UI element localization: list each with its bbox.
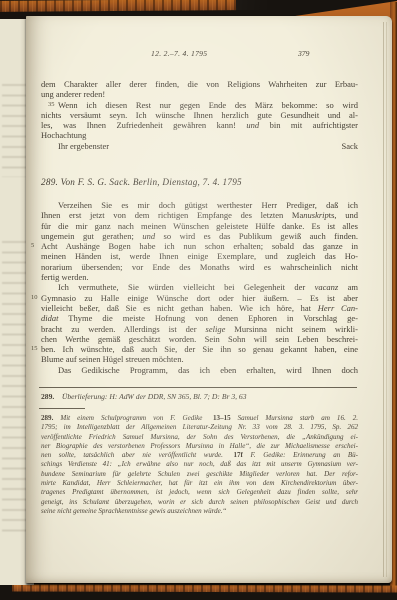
- notes-divider-rule: [39, 408, 85, 409]
- text-segment: schings Verdienste 41: „Ich erwähne also…: [41, 460, 358, 468]
- text-segment: [231, 414, 238, 422]
- text-segment: Mursinna nicht seinem wirkli-: [225, 324, 358, 334]
- text-line: bundene Seminarium für gelehrte Schulen …: [41, 470, 358, 479]
- signature-name: Sack: [341, 141, 358, 151]
- text-line: 1795; im Intelligenzblatt der Allgemeine…: [41, 423, 358, 432]
- letter-288-closing-text: dem Charakter aller derer finden, die vo…: [41, 79, 358, 151]
- text-segment: für die mir ganz nach meinen Wünschen ge…: [41, 221, 358, 231]
- text-line: mirte Kandidat, Herr Schleiermacher, hat…: [41, 479, 358, 488]
- ghost-text-column: [2, 77, 28, 177]
- text-segment: seine nicht gemeine Sprachkenntnisse gew…: [41, 507, 226, 515]
- margin-line-number: 35: [31, 101, 55, 109]
- text-segment: Verzeihen Sie es mir doch gütigst werthe…: [58, 200, 358, 210]
- running-head-page-number: 379: [298, 49, 309, 58]
- text-segment: Gymnasio zu Halle einige Wünsche dort od…: [41, 293, 358, 303]
- text-segment: ung anderer reden!: [41, 89, 105, 99]
- text-segment: 13–15: [213, 414, 231, 422]
- text-segment: mirte Kandidat, Herr Schleiermacher, hat…: [41, 479, 358, 487]
- text-segment: [54, 392, 62, 401]
- text-segment: F. Gedike: Erinnerung an Bü-: [250, 451, 358, 459]
- text-segment: ts, und: [329, 210, 358, 220]
- text-segment: so wird es das Publikum gewiß auch finde…: [155, 231, 358, 241]
- text-segment: bracht zu werden. Allerdings ist der: [41, 324, 206, 334]
- text-segment: norarium übersenden; vor Ende des Monath…: [41, 262, 358, 272]
- text-line: 289. Mit einem Schulprogramm von F. Gedi…: [41, 414, 358, 423]
- running-head-date: 12. 2.–7. 4. 1795: [151, 49, 207, 58]
- text-line: norarium übersenden; vor Ende des Monath…: [41, 262, 358, 272]
- text-segment: nen sollte, tatsächlich aber nie veröffe…: [41, 451, 223, 459]
- text-segment: vielleicht beßer, daß Sie es nicht getha…: [41, 303, 318, 313]
- text-segment: Hochachtung: [41, 130, 86, 140]
- text-line: 15ben. Ich wünschte, daß auch Sie, der S…: [41, 344, 358, 354]
- text-line: Ich vermuthete, Sie würden vielleicht be…: [41, 282, 358, 292]
- text-line: Blume auf seinen Hügel streuen möchten.: [41, 354, 358, 364]
- text-segment: Mit einem Schulprogramm von F. Gedike: [60, 414, 202, 422]
- text-segment: [223, 451, 234, 459]
- text-segment: nichts versäumt seyn. Ich wünsche Ihnen …: [41, 110, 358, 120]
- text-segment: Wenn ich diesen Rest nur gegen Ende des …: [58, 100, 358, 110]
- text-segment: ben. Ich wünschte, daß auch Sie, der Sie…: [41, 344, 358, 354]
- text-line: ner Biographie des verstorbenen Professo…: [41, 442, 358, 451]
- book-cover-bottom-edge: [12, 584, 397, 592]
- margin-line-number: 10: [31, 294, 38, 302]
- book-page: 12. 2.–7. 4. 1795 379 dem Charakter alle…: [26, 16, 392, 583]
- text-segment: 289.: [41, 414, 53, 422]
- text-segment: veröffentlichte Friedrich Samuel Mursinn…: [41, 433, 358, 441]
- text-segment: didat: [41, 313, 58, 323]
- text-segment: selige: [206, 324, 226, 334]
- text-segment: meinen Händen ist, werde Ihnen einige Ex…: [41, 251, 358, 261]
- text-segment: geneigt, ins Schulamt überzugehen, worin…: [41, 498, 358, 506]
- apparatus-divider-rule: [39, 387, 357, 388]
- text-line: chen Werthe gemäß geschätzt worden. Sein…: [41, 334, 358, 344]
- text-line: fertig werden.: [41, 272, 358, 282]
- margin-line-number: 5: [31, 242, 34, 250]
- text-line: 35Wenn ich diesen Rest nur gegen Ende de…: [41, 100, 358, 110]
- text-segment: 17f: [233, 451, 242, 459]
- text-line: seine nicht gemeine Sprachkenntnisse gew…: [41, 507, 358, 516]
- text-segment: Ihnen erst jetzt von dem richtigen Empfa…: [41, 210, 303, 220]
- text-segment: 1795; im Intelligenzblatt der Allgemeine…: [41, 423, 358, 431]
- letter-289-body-text: Verzeihen Sie es mir doch gütigst werthe…: [41, 200, 358, 375]
- book-cover-top-edge: [0, 0, 236, 12]
- text-line: meinen Händen ist, werde Ihnen einige Ex…: [41, 251, 358, 261]
- text-line: 5Acht Aushänge Bogen habe ich nun schon …: [41, 241, 358, 251]
- text-line: tragenes Predigtamt übernommen, ist jedo…: [41, 488, 358, 497]
- signature-closing: Ihr ergebenster: [58, 141, 109, 151]
- letter-289-heading: 289. Von F. S. G. Sack. Berlin, Dienstag…: [41, 177, 358, 187]
- text-segment: Überlieferung: H: AdW der DDR, SN 365, B…: [62, 392, 247, 401]
- text-line: für die mir ganz nach meinen Wünschen ge…: [41, 221, 358, 231]
- text-line: schings Verdienste 41: „Ich erwähne also…: [41, 460, 358, 469]
- text-segment: Ich vermuthete, Sie würden vielleicht be…: [58, 282, 315, 292]
- text-segment: Acht Aushänge Bogen habe ich nun schon e…: [41, 241, 358, 251]
- text-segment: Samuel Mursinna starb am 16. 2.: [238, 414, 358, 422]
- editorial-notes: 289. Mit einem Schulprogramm von F. Gedi…: [41, 414, 358, 516]
- text-segment: 289.: [41, 392, 54, 401]
- text-line: nichts versäumt seyn. Ich wünsche Ihnen …: [41, 110, 358, 120]
- text-line: ung anderer reden!: [41, 89, 358, 99]
- text-line: didat Thyme die meiste Hofnung von denen…: [41, 313, 358, 323]
- text-segment: Das Gedikische Programm, das ich eben er…: [58, 365, 358, 375]
- text-line: dem Charakter aller derer finden, die vo…: [41, 79, 358, 89]
- text-segment: [202, 414, 213, 422]
- text-line: Ihnen erst jetzt von dem richtigen Empfa…: [41, 210, 358, 220]
- text-line: 289. Überlieferung: H: AdW der DDR, SN 3…: [41, 392, 358, 402]
- text-line: geneigt, ins Schulamt überzugehen, worin…: [41, 498, 358, 507]
- book-scan-photo: 12. 2.–7. 4. 1795 379 dem Charakter alle…: [0, 0, 397, 600]
- text-segment: Blume auf seinen Hügel streuen möchten.: [41, 354, 184, 364]
- page-stack-edge: [383, 22, 384, 577]
- ghost-text-column: [2, 234, 28, 534]
- text-segment: les, was Ihnen Zufriedenheit gewähren ka…: [41, 120, 246, 130]
- text-segment: dem Charakter aller derer finden, die vo…: [41, 79, 358, 89]
- text-line: les, was Ihnen Zufriedenheit gewähren ka…: [41, 120, 358, 130]
- text-segment: und: [246, 120, 259, 130]
- text-line: Das Gedikische Programm, das ich eben er…: [41, 365, 358, 375]
- text-segment: Thyme die meiste Hofnung von denen Ephor…: [58, 313, 358, 323]
- text-segment: und: [142, 231, 155, 241]
- text-segment: ungemein gut gerathen;: [41, 231, 142, 241]
- text-segment: bin mit aufrichtigster: [259, 120, 358, 130]
- text-segment: am: [338, 282, 358, 292]
- text-segment: bundene Seminarium für gelehrte Schulen …: [41, 470, 358, 478]
- text-segment: nuskrip: [303, 210, 329, 220]
- text-segment: vacanz: [315, 282, 339, 292]
- text-line: Verzeihen Sie es mir doch gütigst werthe…: [41, 200, 358, 210]
- text-line: bracht zu werden. Allerdings ist der sel…: [41, 324, 358, 334]
- text-line: nen sollte, tatsächlich aber nie veröffe…: [41, 451, 358, 460]
- text-segment: chen Werthe gemäß geschätzt worden. Sein…: [41, 334, 358, 344]
- text-segment: ner Biographie des verstorbenen Professo…: [41, 442, 358, 450]
- text-segment: fertig werden.: [41, 272, 89, 282]
- text-line: ungemein gut gerathen; und so wird es da…: [41, 231, 358, 241]
- text-segment: Herr Can-: [318, 303, 358, 313]
- page-stack-edge: [386, 22, 387, 577]
- apparatus-uberlieferung: 289. Überlieferung: H: AdW der DDR, SN 3…: [41, 392, 358, 402]
- text-line: Hochachtung: [41, 130, 358, 140]
- text-line: Ihr ergebensterSack: [41, 141, 358, 151]
- text-line: veröffentlichte Friedrich Samuel Mursinn…: [41, 433, 358, 442]
- text-segment: tragenes Predigtamt übernommen, ist jedo…: [41, 488, 358, 496]
- text-line: vielleicht beßer, daß Sie es nicht getha…: [41, 303, 358, 313]
- margin-line-number: 15: [31, 345, 38, 353]
- text-line: 10Gymnasio zu Halle einige Wünsche dort …: [41, 293, 358, 303]
